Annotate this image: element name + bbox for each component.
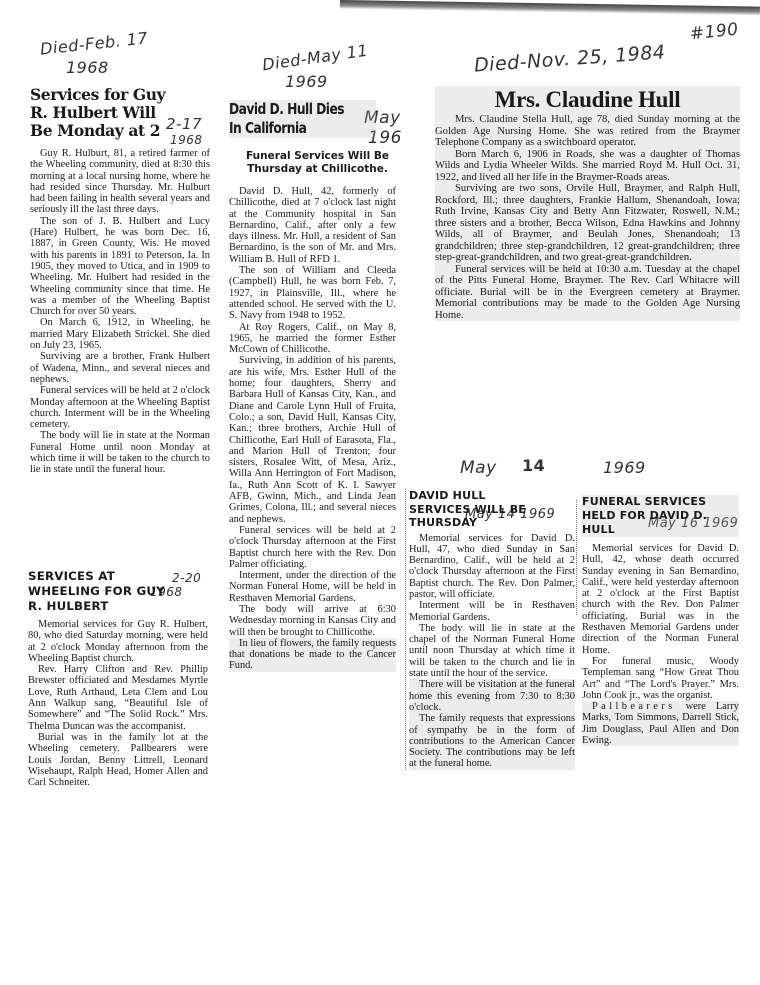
headline-line: David D. Hull Dies	[229, 100, 376, 119]
headline: DAVID HULL SERVICES WILL BE THURSDAY	[409, 489, 549, 530]
paragraph: Memorial services for David D. Hull, 47,…	[409, 533, 575, 601]
headline: Mrs. Claudine Hull	[435, 86, 740, 114]
subheadline: Funeral Services Will Be Thursday at Chi…	[239, 150, 396, 176]
headline: FUNERAL SERVICES HELD FOR DAVID D. HULL	[582, 495, 739, 537]
headline-line: In California	[229, 119, 376, 138]
paragraph: Surviving are a brother, Frank Hulbert o…	[30, 351, 210, 385]
clipping-david-hull-thursday: DAVID HULL SERVICES WILL BE THURSDAY Mem…	[405, 489, 575, 770]
article-body: Guy R. Hulburt, 81, a retired farmer of …	[30, 148, 210, 476]
paragraph: Memorial services for David D. Hull, 42,…	[582, 543, 739, 656]
paragraph: Born March 6, 1906 in Roads, she was a d…	[435, 149, 740, 184]
clipping-claudine-hull: Mrs. Claudine Hull Mrs. Claudine Stella …	[435, 86, 740, 321]
paragraph: Funeral services will be held at 2 o'clo…	[30, 385, 210, 430]
handwritten-death-date-col1: Died-Feb. 17	[39, 30, 148, 58]
paragraph: Burial was in the family lot at the Whee…	[28, 732, 208, 788]
paragraph: Memorial services for Guy R. Hulbert, 80…	[28, 619, 208, 664]
headline: Services for Guy R. Hulbert Will Be Mond…	[30, 86, 170, 140]
paragraph: Funeral services will be held at 2 o'clo…	[229, 525, 396, 570]
article-body: Memorial services for David D. Hull, 47,…	[409, 533, 575, 770]
paragraph: The body will arrive at 6:30 Wednesday m…	[229, 604, 396, 638]
clipping-david-hull-dies: David D. Hull Dies In California Funeral…	[229, 100, 396, 672]
article-body: Memorial services for David D. Hull, 42,…	[582, 543, 739, 746]
column-rule	[576, 500, 577, 615]
paragraph: On March 6, 1912, in Wheeling, he marrie…	[30, 317, 210, 351]
handwritten-year-col2: 1969	[285, 74, 328, 91]
paragraph: Interment, under the direction of the No…	[229, 570, 396, 604]
handwritten-year: 1969	[603, 460, 646, 477]
paragraph: In lieu of flowers, the family requests …	[229, 638, 396, 672]
paragraph: Mrs. Claudine Stella Hull, age 78, died …	[435, 114, 740, 149]
clipping-guy-hulbert-notice: Services for Guy R. Hulbert Will Be Mond…	[30, 86, 210, 476]
headline: SERVICES AT WHEELING FOR GUY R. HULBERT	[28, 569, 178, 614]
paragraph: The body will lie in state at the chapel…	[409, 623, 575, 679]
clipping-guy-hulbert-services: SERVICES AT WHEELING FOR GUY R. HULBERT …	[28, 569, 208, 788]
article-body: David D. Hull, 42, formerly of Chillicot…	[229, 186, 396, 672]
paragraph: Surviving are two sons, Orvile Hull, Bra…	[435, 183, 740, 264]
handwritten-day: 14	[522, 458, 545, 475]
paragraph: Guy R. Hulburt, 81, a retired farmer of …	[30, 148, 210, 216]
headline: David D. Hull Dies In California	[229, 100, 376, 138]
paragraph: There will be visitation at the funeral …	[409, 679, 575, 713]
article-body: Mrs. Claudine Stella Hull, age 78, died …	[435, 114, 740, 321]
paragraph: The son of William and Cleeda (Campbell)…	[229, 265, 396, 321]
paragraph: The son of J. B. Hulbert and Lucy (Hare)…	[30, 216, 210, 318]
paragraph: Rev. Harry Clifton and Rev. Phillip Brew…	[28, 664, 208, 732]
scan-edge-shadow	[340, 0, 760, 16]
handwritten-month: May	[460, 460, 497, 478]
handwritten-death-date-col2: Died-May 11	[261, 43, 369, 74]
catalog-number: #190	[689, 22, 739, 45]
paragraph: For funeral music, Woody Templeman sang …	[582, 656, 739, 701]
paragraph: The body will lie in state at the Norman…	[30, 430, 210, 475]
pallbearers-lead: Pallbearers	[592, 701, 676, 712]
paragraph: Surviving, in addition of his parents, a…	[229, 355, 396, 524]
paragraph: Pallbearers were Larry Marks, Tom Simmon…	[582, 701, 739, 746]
clipping-david-hull-held: FUNERAL SERVICES HELD FOR DAVID D. HULL …	[582, 495, 739, 746]
paragraph: The family requests that expressions of …	[409, 713, 575, 769]
paragraph: Funeral services will be held at 10:30 a…	[435, 264, 740, 322]
paragraph: David D. Hull, 42, formerly of Chillicot…	[229, 186, 396, 265]
paragraph: Interment will be in Resthaven Memorial …	[409, 600, 575, 623]
handwritten-year-col1: 1968	[66, 60, 109, 77]
article-body: Memorial services for Guy R. Hulbert, 80…	[28, 619, 208, 788]
paragraph: At Roy Rogers, Calif., on May 8, 1965, h…	[229, 322, 396, 356]
handwritten-death-date-col3: Died-Nov. 25, 1984	[474, 43, 667, 76]
